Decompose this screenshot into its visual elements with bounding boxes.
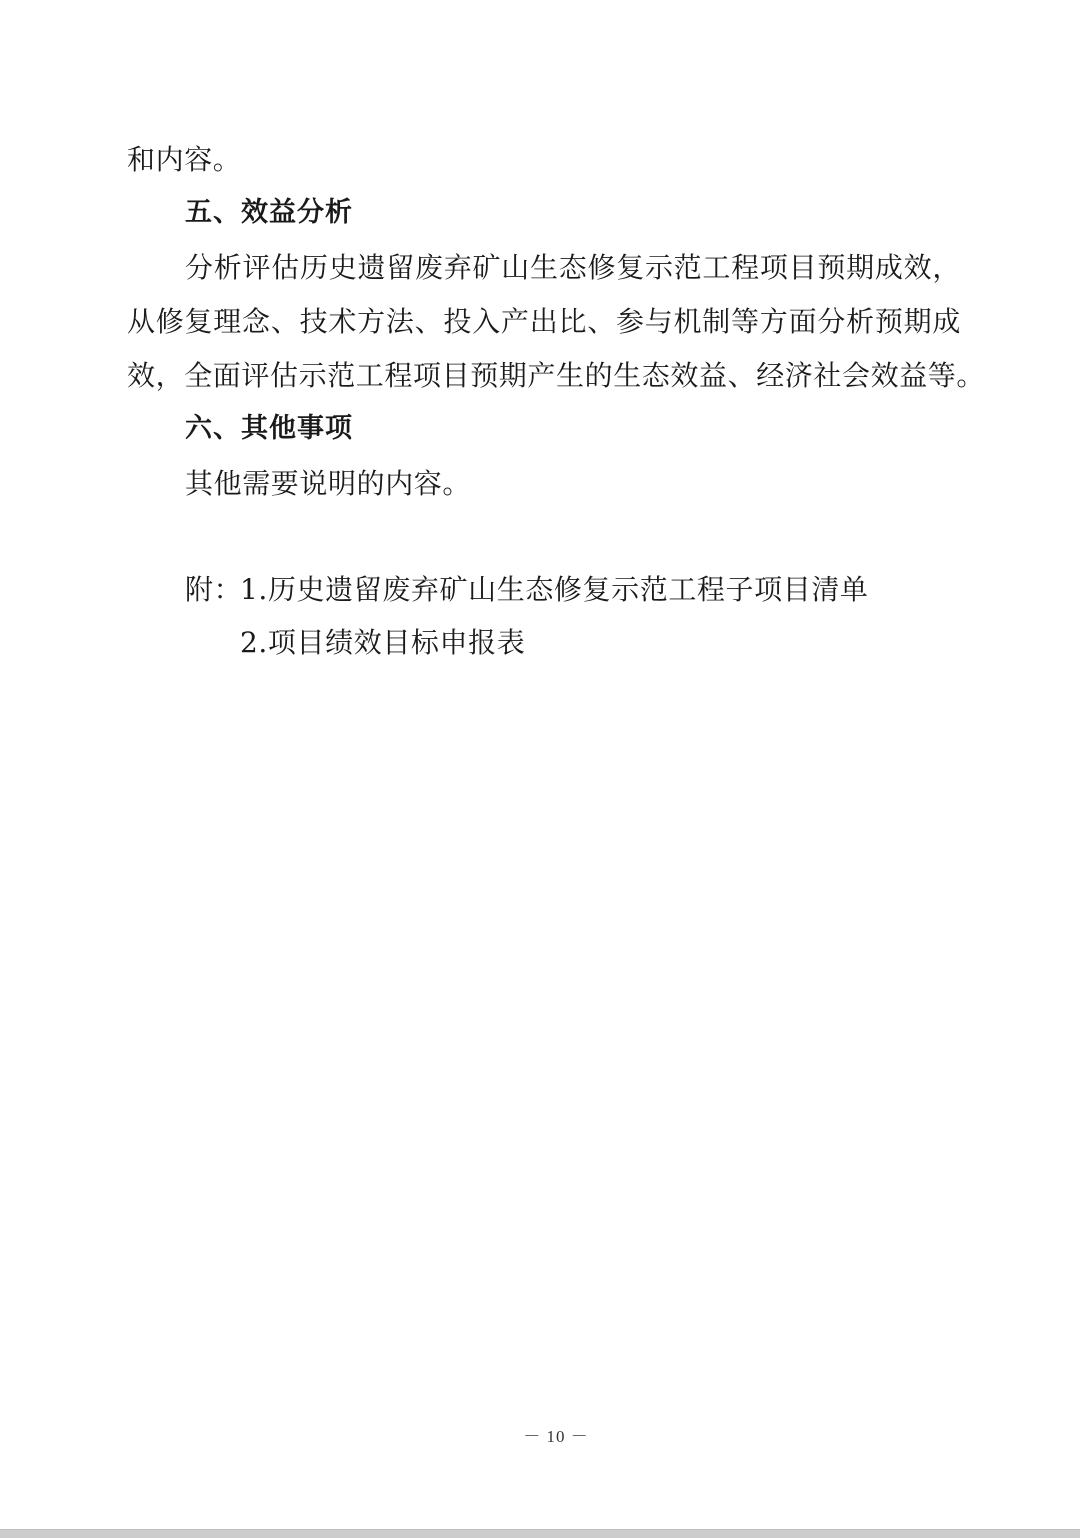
viewer-bottom-edge <box>0 1529 1080 1538</box>
page-number: － 10 － <box>0 1422 1080 1447</box>
paragraph-line: 从修复理念、技术方法、投入产出比、参与机制等方面分析预期成 <box>127 305 961 339</box>
paragraph-line: 效，全面评估示范工程项目预期产生的生态效益、经济社会效益等。 <box>127 359 961 393</box>
section-heading-other-matters: 六、其他事项 <box>185 412 353 446</box>
document-page: 和内容。 五、效益分析 分析评估历史遗留废弃矿山生态修复示范工程项目预期成效， … <box>0 0 1080 1529</box>
section-heading-benefit-analysis: 五、效益分析 <box>185 196 353 230</box>
attachments-label: 附： <box>185 573 242 607</box>
attachment-item: 1.历史遗留废弃矿山生态修复示范工程子项目清单 <box>240 573 869 607</box>
paragraph-line: 其他需要说明的内容。 <box>185 467 471 501</box>
continuation-text: 和内容。 <box>127 143 241 177</box>
paragraph-line: 分析评估历史遗留废弃矿山生态修复示范工程项目预期成效， <box>185 251 961 285</box>
attachment-item: 2.项目绩效目标申报表 <box>240 626 525 660</box>
